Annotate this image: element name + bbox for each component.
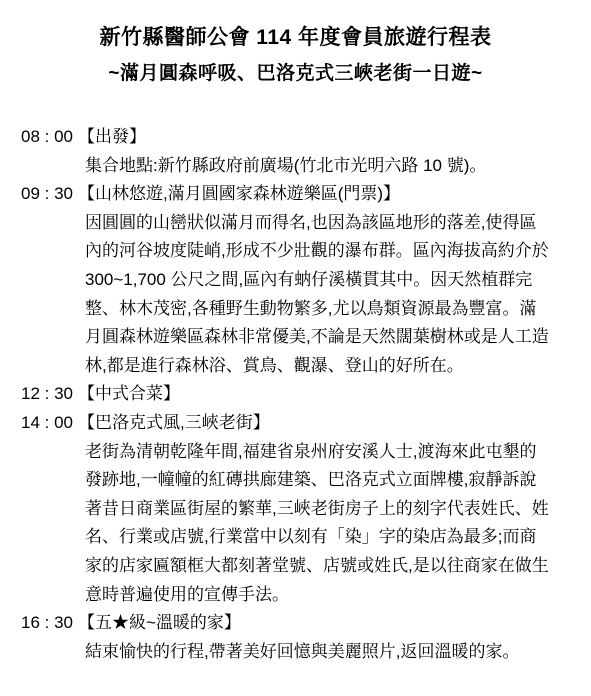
item-description: 集合地點:新竹縣政府前廣場(竹北市光明六路 10 號)。 bbox=[85, 152, 585, 181]
itinerary-item-head: 09 : 30【山林悠遊,滿月圓國家森林遊樂區(門票)】 bbox=[0, 180, 591, 209]
itinerary-list: 08 : 00【出發】 集合地點:新竹縣政府前廣場(竹北市光明六路 10 號)。… bbox=[0, 123, 591, 666]
itinerary-item: 14 : 00【巴洛克式風,三峽老街】 老街為清朝乾隆年間,福建省泉州府安溪人士… bbox=[0, 409, 591, 609]
item-heading: 【五★級~溫暖的家】 bbox=[78, 613, 241, 632]
itinerary-item: 09 : 30【山林悠遊,滿月圓國家森林遊樂區(門票)】 因圓圓的山巒狀似滿月而… bbox=[0, 180, 591, 380]
itinerary-item-head: 08 : 00【出發】 bbox=[0, 123, 591, 152]
itinerary-item: 08 : 00【出發】 集合地點:新竹縣政府前廣場(竹北市光明六路 10 號)。 bbox=[0, 123, 591, 180]
itinerary-item-head: 14 : 00【巴洛克式風,三峽老街】 bbox=[0, 409, 591, 438]
item-time: 14 : 00 bbox=[21, 409, 78, 438]
item-heading: 【中式合菜】 bbox=[78, 384, 180, 403]
itinerary-item: 16 : 30【五★級~溫暖的家】 結束愉快的行程,帶著美好回憶與美麗照片,返回… bbox=[0, 609, 591, 666]
item-time: 12 : 30 bbox=[21, 380, 78, 409]
itinerary-item: 12 : 30【中式合菜】 bbox=[0, 380, 591, 409]
page-subtitle: ~滿月圓森呼吸、巴洛克式三峽老街一日遊~ bbox=[0, 52, 591, 87]
itinerary-item-head: 12 : 30【中式合菜】 bbox=[0, 380, 591, 409]
item-heading: 【出發】 bbox=[78, 127, 146, 146]
item-description: 因圓圓的山巒狀似滿月而得名,也因為該區地形的落差,使得區 內的河谷坡度陡峭,形成… bbox=[85, 209, 585, 381]
item-time: 09 : 30 bbox=[21, 180, 78, 209]
page-title: 新竹縣醫師公會 114 年度會員旅遊行程表 bbox=[0, 0, 591, 52]
item-heading: 【巴洛克式風,三峽老街】 bbox=[78, 413, 270, 432]
item-time: 16 : 30 bbox=[21, 609, 78, 638]
item-time: 08 : 00 bbox=[21, 123, 78, 152]
item-description: 結束愉快的行程,帶著美好回憶與美麗照片,返回溫暖的家。 bbox=[85, 638, 585, 667]
itinerary-item-head: 16 : 30【五★級~溫暖的家】 bbox=[0, 609, 591, 638]
document-page: 新竹縣醫師公會 114 年度會員旅遊行程表 ~滿月圓森呼吸、巴洛克式三峽老街一日… bbox=[0, 0, 591, 696]
item-description: 老街為清朝乾隆年間,福建省泉州府安溪人士,渡海來此屯墾的 發跡地,一幢幢的紅磚拱… bbox=[85, 438, 585, 610]
item-heading: 【山林悠遊,滿月圓國家森林遊樂區(門票)】 bbox=[78, 184, 400, 203]
